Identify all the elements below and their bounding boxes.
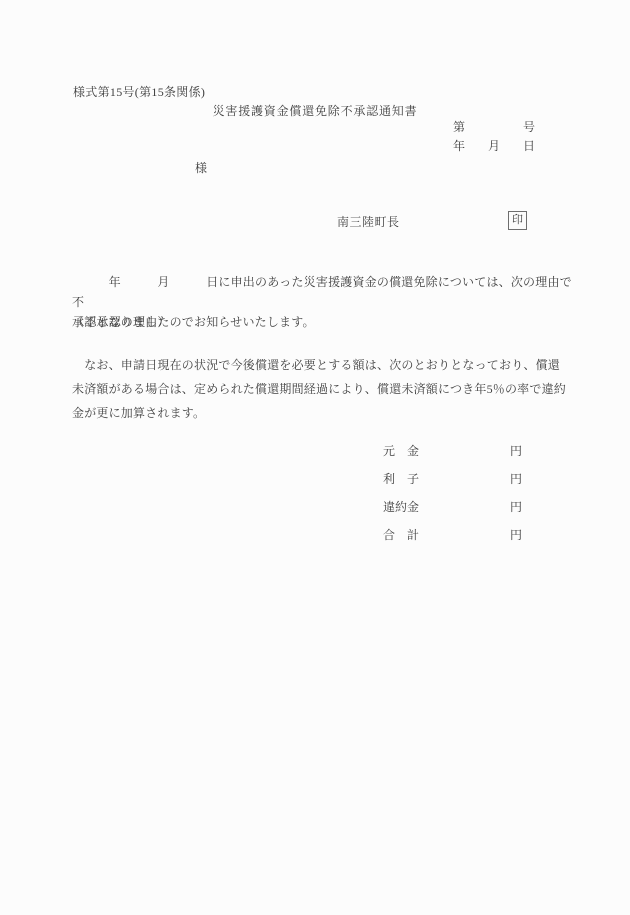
amount-row-principal: 元 金 円 bbox=[383, 445, 528, 459]
issuer-title: 南三陸町長 bbox=[337, 216, 400, 228]
repayment-note-paragraph: なお、申請日現在の状況で今後償還を必要とする額は、次のとおりとなっており、償還 … bbox=[72, 353, 577, 425]
amount-unit-principal: 円 bbox=[510, 445, 522, 457]
amount-unit-penalty: 円 bbox=[510, 501, 522, 513]
seal-stamp-box: 印 bbox=[508, 211, 527, 230]
amount-row-interest: 利 子 円 bbox=[383, 473, 528, 487]
amount-unit-interest: 円 bbox=[510, 473, 522, 485]
date-month-label: 月 bbox=[488, 140, 500, 152]
issue-date-line: 年 月 日 bbox=[453, 140, 535, 152]
document-title: 災害援護資金償還免除不承認通知書 bbox=[0, 105, 630, 117]
notification-document-page: 様式第15号(第15条関係) 災害援護資金償還免除不承認通知書 第 号 年 月 … bbox=[0, 0, 630, 915]
amount-unit-total: 円 bbox=[510, 529, 522, 541]
document-number-line: 第 号 bbox=[453, 121, 535, 133]
form-number: 様式第15号(第15条関係) bbox=[73, 86, 205, 98]
amount-label-interest: 利 子 bbox=[383, 472, 419, 486]
date-day-label: 日 bbox=[523, 140, 535, 152]
addressee-honorific: 様 bbox=[195, 162, 207, 174]
document-number-suffix: 号 bbox=[523, 121, 535, 133]
rejection-reason-heading: （不承認の理由） bbox=[72, 316, 170, 328]
seal-stamp-label: 印 bbox=[512, 215, 523, 226]
amount-label-total: 合 計 bbox=[383, 528, 419, 542]
amount-label-principal: 元 金 bbox=[383, 444, 419, 458]
amount-label-penalty: 違約金 bbox=[383, 500, 419, 514]
amount-row-penalty: 違約金 円 bbox=[383, 501, 528, 515]
date-year-label: 年 bbox=[453, 140, 465, 152]
document-number-prefix: 第 bbox=[453, 121, 465, 133]
amount-row-total: 合 計 円 bbox=[383, 529, 528, 543]
